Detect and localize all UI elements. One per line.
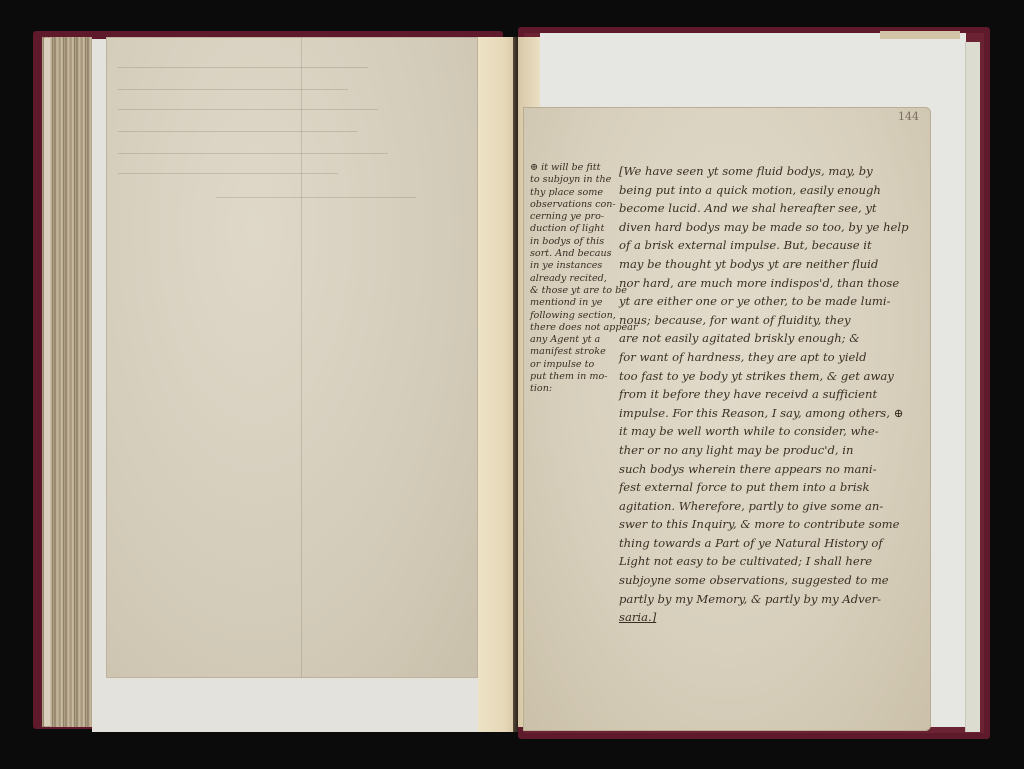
bleed-through-line [118,67,368,68]
margin-line: & those yt are to be [530,285,630,297]
text-line: [We have seen yt some fluid bodys, may, … [619,162,909,181]
text-line: too fast to ye body yt strikes them, & g… [619,367,909,386]
margin-line: ⊕ it will be fitt [530,162,630,174]
text-line: partly by my Memory, & partly by my Adve… [619,590,909,609]
margin-line: there does not appear [530,322,630,334]
bleed-through-line [118,109,378,110]
margin-line: observations con- [530,199,630,211]
bleed-through-line [216,197,416,198]
margin-line: mentiond in ye [530,297,630,309]
text-line: ther or no any light may be produc'd, in [619,441,909,460]
right-mount-edge [965,42,980,732]
text-line: agitation. Wherefore, partly to give som… [619,497,909,516]
text-line: thing towards a Part of ye Natural Histo… [619,534,909,553]
text-line: yt are either one or ye other, to be mad… [619,292,909,311]
text-line: from it before they have receivd a suffi… [619,385,909,404]
margin-line: already recited, [530,273,630,285]
text-line: Light not easy to be cultivated; I shall… [619,552,909,571]
text-line: nous; because, for want of fluidity, the… [619,311,909,330]
text-line: are not easily agitated briskly enough; … [619,329,909,348]
margin-line: to subjoyn in the [530,174,630,186]
text-line: it may be well worth while to consider, … [619,422,909,441]
text-line: become lucid. And we shal hereafter see,… [619,199,909,218]
text-line: subjoyne some observations, suggested to… [619,571,909,590]
bleed-through-line [118,131,358,132]
text-line: saria.] [619,608,909,627]
left-manuscript-leaf [106,37,478,678]
margin-line: duction of light [530,223,630,235]
fold-line [301,37,302,678]
margin-line: put them in mo- [530,371,630,383]
text-line: swer to this Inquiry, & more to contribu… [619,515,909,534]
text-line: diven hard bodys may be made so too, by … [619,218,909,237]
left-gutter-guard [478,37,516,732]
text-line: fest external force to put them into a b… [619,478,909,497]
margin-note: ⊕ it will be fitt to subjoyn in the thy … [530,162,630,396]
text-line: such bodys wherein there appears no mani… [619,460,909,479]
margin-line: tion: [530,383,630,395]
margin-line: sort. And becaus [530,248,630,260]
margin-line: any Agent yt a [530,334,630,346]
folio-number: 144 [898,110,919,123]
margin-line: thy place some [530,187,630,199]
margin-line: in ye instances [530,260,630,272]
text-line: for want of hardness, they are apt to yi… [619,348,909,367]
right-manuscript-leaf: 144 ⊕ it will be fitt to subjoyn in the … [523,107,931,731]
text-line: may be thought yt bodys yt are neither f… [619,255,909,274]
page-stack-strip [44,38,50,726]
bleed-through-line [118,89,348,90]
margin-line: cerning ye pro- [530,211,630,223]
main-text-block: [We have seen yt some fluid bodys, may, … [619,162,909,627]
text-line: impulse. For this Reason, I say, among o… [619,404,909,423]
text-line: being put into a quick motion, easily en… [619,181,909,200]
underlying-leaf-edge [880,31,960,39]
bleed-through-line [118,173,338,174]
margin-line: or impulse to [530,359,630,371]
text-line: nor hard, are much more indispos'd, than… [619,274,909,293]
margin-line: manifest stroke [530,346,630,358]
text-line: of a brisk external impulse. But, becaus… [619,236,909,255]
bleed-through-line [118,153,388,154]
margin-line: in bodys of this [530,236,630,248]
margin-line: following section, [530,310,630,322]
